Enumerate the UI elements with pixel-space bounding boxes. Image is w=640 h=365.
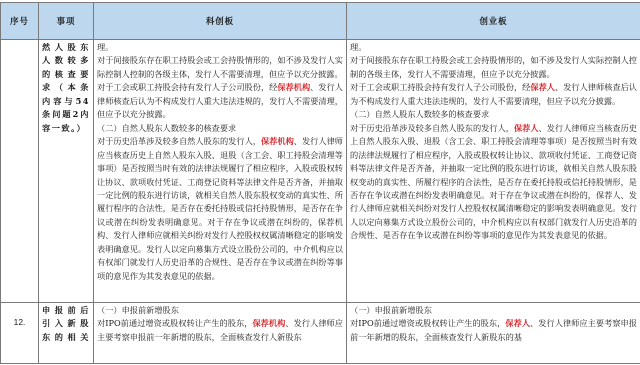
kcb-paragraph-3: 对于工会或职工持股会持有发行人子公司股份，经保荐机构、发行人律师核查后认为不构成… [97,81,343,121]
text-segment: 对IPO前通过增资或股权转让产生的股东， [97,318,252,328]
text-segment: 对于历史沿革涉及较多自然人股东的发行人， [350,123,514,133]
cyb-subheading: （二）自然人股东人数较多的核查要求 [350,108,637,121]
cell-cyb: （一）申报前新增股东 对IPO前通过增资或股权转让产生的股东，保荐人、发行人律师… [347,303,640,364]
cyb-paragraph-1: 理。 [350,41,637,54]
cyb-paragraph-2: 对IPO前通过增资或股权转让产生的股东，保荐人、发行人律师应主要考察申报前一年新… [350,317,637,344]
highlight-sponsor: 保荐人 [530,82,555,92]
header-no: 序号 [1,3,39,40]
comparison-table: 序号 事项 科创板 创业板 然人股东人数较多的核查要求（本条内容与54条问题2内… [0,2,640,364]
cyb-content: （一）申报前新增股东 对IPO前通过增资或股权转让产生的股东，保荐人、发行人律师… [347,303,640,344]
kcb-subheading: （二）自然人股东人数较多的核查要求 [97,122,343,135]
cyb-subheading: （一）申报前新增股东 [350,304,637,317]
kcb-subheading: （一）申报前新增股东 [97,304,343,317]
kcb-paragraph-2: 对IPO前通过增资或股权转让产生的股东，保荐机构、发行人律师应主要考察申报前一年… [97,317,343,344]
cyb-content: 理。 对于间接股东存在职工持股会或工会持股情形的，如不涉及发行人实际控制人控制的… [347,40,640,243]
kcb-paragraph-5: 对于历史沿革涉及较多自然人股东的发行人，保荐机构、发行人律师应当核查历史上自然人… [97,135,343,283]
item-description: 然人股东人数较多的核查要求（本条内容与54条问题2内容一致。） [39,40,93,135]
kcb-paragraph-1: 理。 [97,41,343,54]
cell-item: 然人股东人数较多的核查要求（本条内容与54条问题2内容一致。） [39,40,94,303]
highlight-sponsor: 保荐机构 [261,136,294,146]
highlight-sponsor: 保荐机构 [277,82,310,92]
cell-cyb: 理。 对于间接股东存在职工持股会或工会持股情形的，如不涉及发行人实际控制人控制的… [347,40,640,303]
text-segment: 、发行人律师应当核查历史上自然人股东入股、退股（含工会、职工持股会清理等事项）是… [350,123,637,241]
kcb-content: （一）申报前新增股东 对IPO前通过增资或股权转让产生的股东，保荐机构、发行人律… [94,303,346,344]
table-row: 然人股东人数较多的核查要求（本条内容与54条问题2内容一致。） 理。 对于间接股… [1,40,640,303]
cell-no [1,40,39,303]
cyb-paragraph-5: 对于历史沿革涉及较多自然人股东的发行人，保荐人、发行人律师应当核查历史上自然人股… [350,122,637,243]
row-number [1,40,38,54]
cell-kcb: 理。 对于间接股东存在职工持股会或工会持股情形的，如不涉及发行人实际控制人控制的… [94,40,347,303]
cell-kcb: （一）申报前新增股东 对IPO前通过增资或股权转让产生的股东，保荐机构、发行人律… [94,303,347,364]
cell-item: 申报前后引入新股东的相关 [39,303,94,364]
text-segment: 对于工会或职工持股会持有发行人子公司股份，经 [350,82,530,92]
highlight-sponsor: 保荐人 [505,318,530,328]
highlight-sponsor: 保荐机构 [252,318,285,328]
header-kcb: 科创板 [94,3,347,40]
header-cyb: 创业板 [347,3,640,40]
row-number: 12. [1,303,38,327]
cyb-paragraph-3: 对于工会或职工持股会持有发行人子公司股份，经保荐人、发行人律师核查后认为不构成发… [350,81,637,108]
cyb-paragraph-2: 对于间接股东存在职工持股会或工会持股情形的，如不涉及发行人实际控制人控制的各级主… [350,54,637,81]
text-segment: 对IPO前通过增资或股权转让产生的股东， [350,318,505,328]
text-segment: 对于历史沿革涉及较多自然人股东的发行人， [97,136,261,146]
text-segment: 对于工会或职工持股会持有发行人子公司股份，经 [97,82,277,92]
text-segment: 、发行人律师应当核查历史上自然人股东入股、退股（含工会、职工持股会清理等事项）是… [97,136,343,281]
document-page: 序号 事项 科创板 创业板 然人股东人数较多的核查要求（本条内容与54条问题2内… [0,0,640,365]
item-description: 申报前后引入新股东的相关 [39,303,93,344]
header-item: 事项 [39,3,94,40]
highlight-sponsor: 保荐人 [514,123,539,133]
kcb-paragraph-2: 对于间接股东存在职工持股会或工会持股情形的，如不涉及发行人实际控制人控制的各级主… [97,54,343,81]
table-row: 12. 申报前后引入新股东的相关 （一）申报前新增股东 对IPO前通过增资或股权… [1,303,640,364]
cell-no: 12. [1,303,39,364]
table-header-row: 序号 事项 科创板 创业板 [1,3,640,40]
kcb-content: 理。 对于间接股东存在职工持股会或工会持股情形的，如不涉及发行人实际控制人控制的… [94,40,346,283]
